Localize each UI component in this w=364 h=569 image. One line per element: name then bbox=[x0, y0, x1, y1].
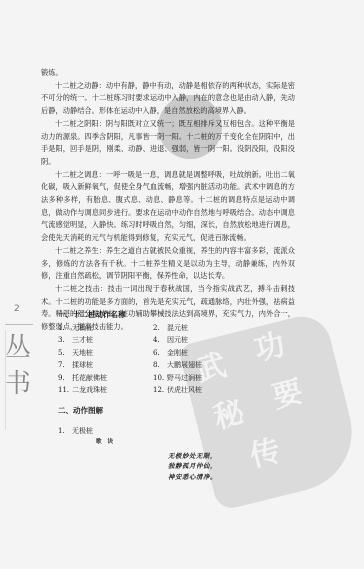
book-page: 锻炼。 十二桩之动静：动中有静，静中有动，动静是相依存的两种状态，实际是密不可分… bbox=[0, 0, 364, 569]
stamp-char: 秘 bbox=[210, 393, 249, 439]
verse-line: 独静孤月仲仙， bbox=[168, 461, 217, 471]
list-item: 2.混元桩 bbox=[153, 324, 263, 333]
stamp-char: 传 bbox=[246, 431, 285, 477]
body-text: 锻炼。 十二桩之动静：动中有静，静中有动，动静是相依存的两种状态，实际是密不可分… bbox=[41, 67, 295, 334]
paragraph-breathing: 十二桩之调息：一呼一吸是一息，调息就是调整呼吸，吐故纳新。吐出二氧化碳，吸入新鲜… bbox=[41, 169, 295, 245]
list-item: 5.天地桩 bbox=[58, 349, 153, 358]
verse-label: 歌诀 bbox=[96, 437, 119, 445]
list-item: 12.伏虎壮风桩 bbox=[153, 386, 263, 395]
posture-list: 1.无极桩 2.混元桩 3.三才桩 4.因元桩 5.天地桩 6.金刚桩 7.揉球… bbox=[58, 324, 258, 395]
list-item: 6.金刚桩 bbox=[153, 349, 263, 358]
stamp-char: 要 bbox=[268, 372, 307, 418]
series-title: 丛书 bbox=[3, 330, 33, 402]
section-title-illustrations: 二、动作图解 bbox=[58, 405, 103, 416]
list-item: 3.三才桩 bbox=[58, 336, 153, 345]
list-item: 10.野马过涧桩 bbox=[153, 374, 263, 383]
list-item: 1.无极桩 bbox=[58, 324, 153, 333]
verse-line: 无极妙处无限， bbox=[168, 451, 217, 461]
illustration-item-title: 1.无极桩 bbox=[58, 426, 93, 436]
list-item: 8.大鹏展翅桩 bbox=[153, 361, 263, 370]
list-item: 9.托花献佛桩 bbox=[58, 374, 153, 383]
verse-block: 无极妙处无限， 独静孤月仲仙， 神安悉心清净。 bbox=[168, 451, 217, 482]
paragraph-health: 十二桩之养生：养生之道自古就被民众重视，养生的内容丰富多彩，流派众多，修炼的方法… bbox=[41, 245, 295, 283]
page-number: 2 bbox=[14, 304, 20, 314]
side-divider bbox=[5, 324, 33, 325]
list-item: 11.二龙戏珠桩 bbox=[58, 386, 153, 395]
paragraph-0: 锻炼。 bbox=[41, 67, 295, 80]
paragraph-yin-yang: 十二桩之阴阳：阴与阳既对立又统一；既互相排斥又互相包含。这种平衡是动力的源泉。四… bbox=[41, 118, 295, 169]
section-title-names: 一、十二桩动作名称 bbox=[58, 309, 126, 320]
list-item: 4.因元桩 bbox=[153, 336, 263, 345]
paragraph-movement-stillness: 十二桩之动静：动中有静，静中有动，动静是相依存的两种状态，实际是密不可分的统一。… bbox=[41, 80, 295, 118]
verse-line: 神安悉心清净。 bbox=[168, 472, 217, 482]
list-item: 7.揉球桩 bbox=[58, 361, 153, 370]
